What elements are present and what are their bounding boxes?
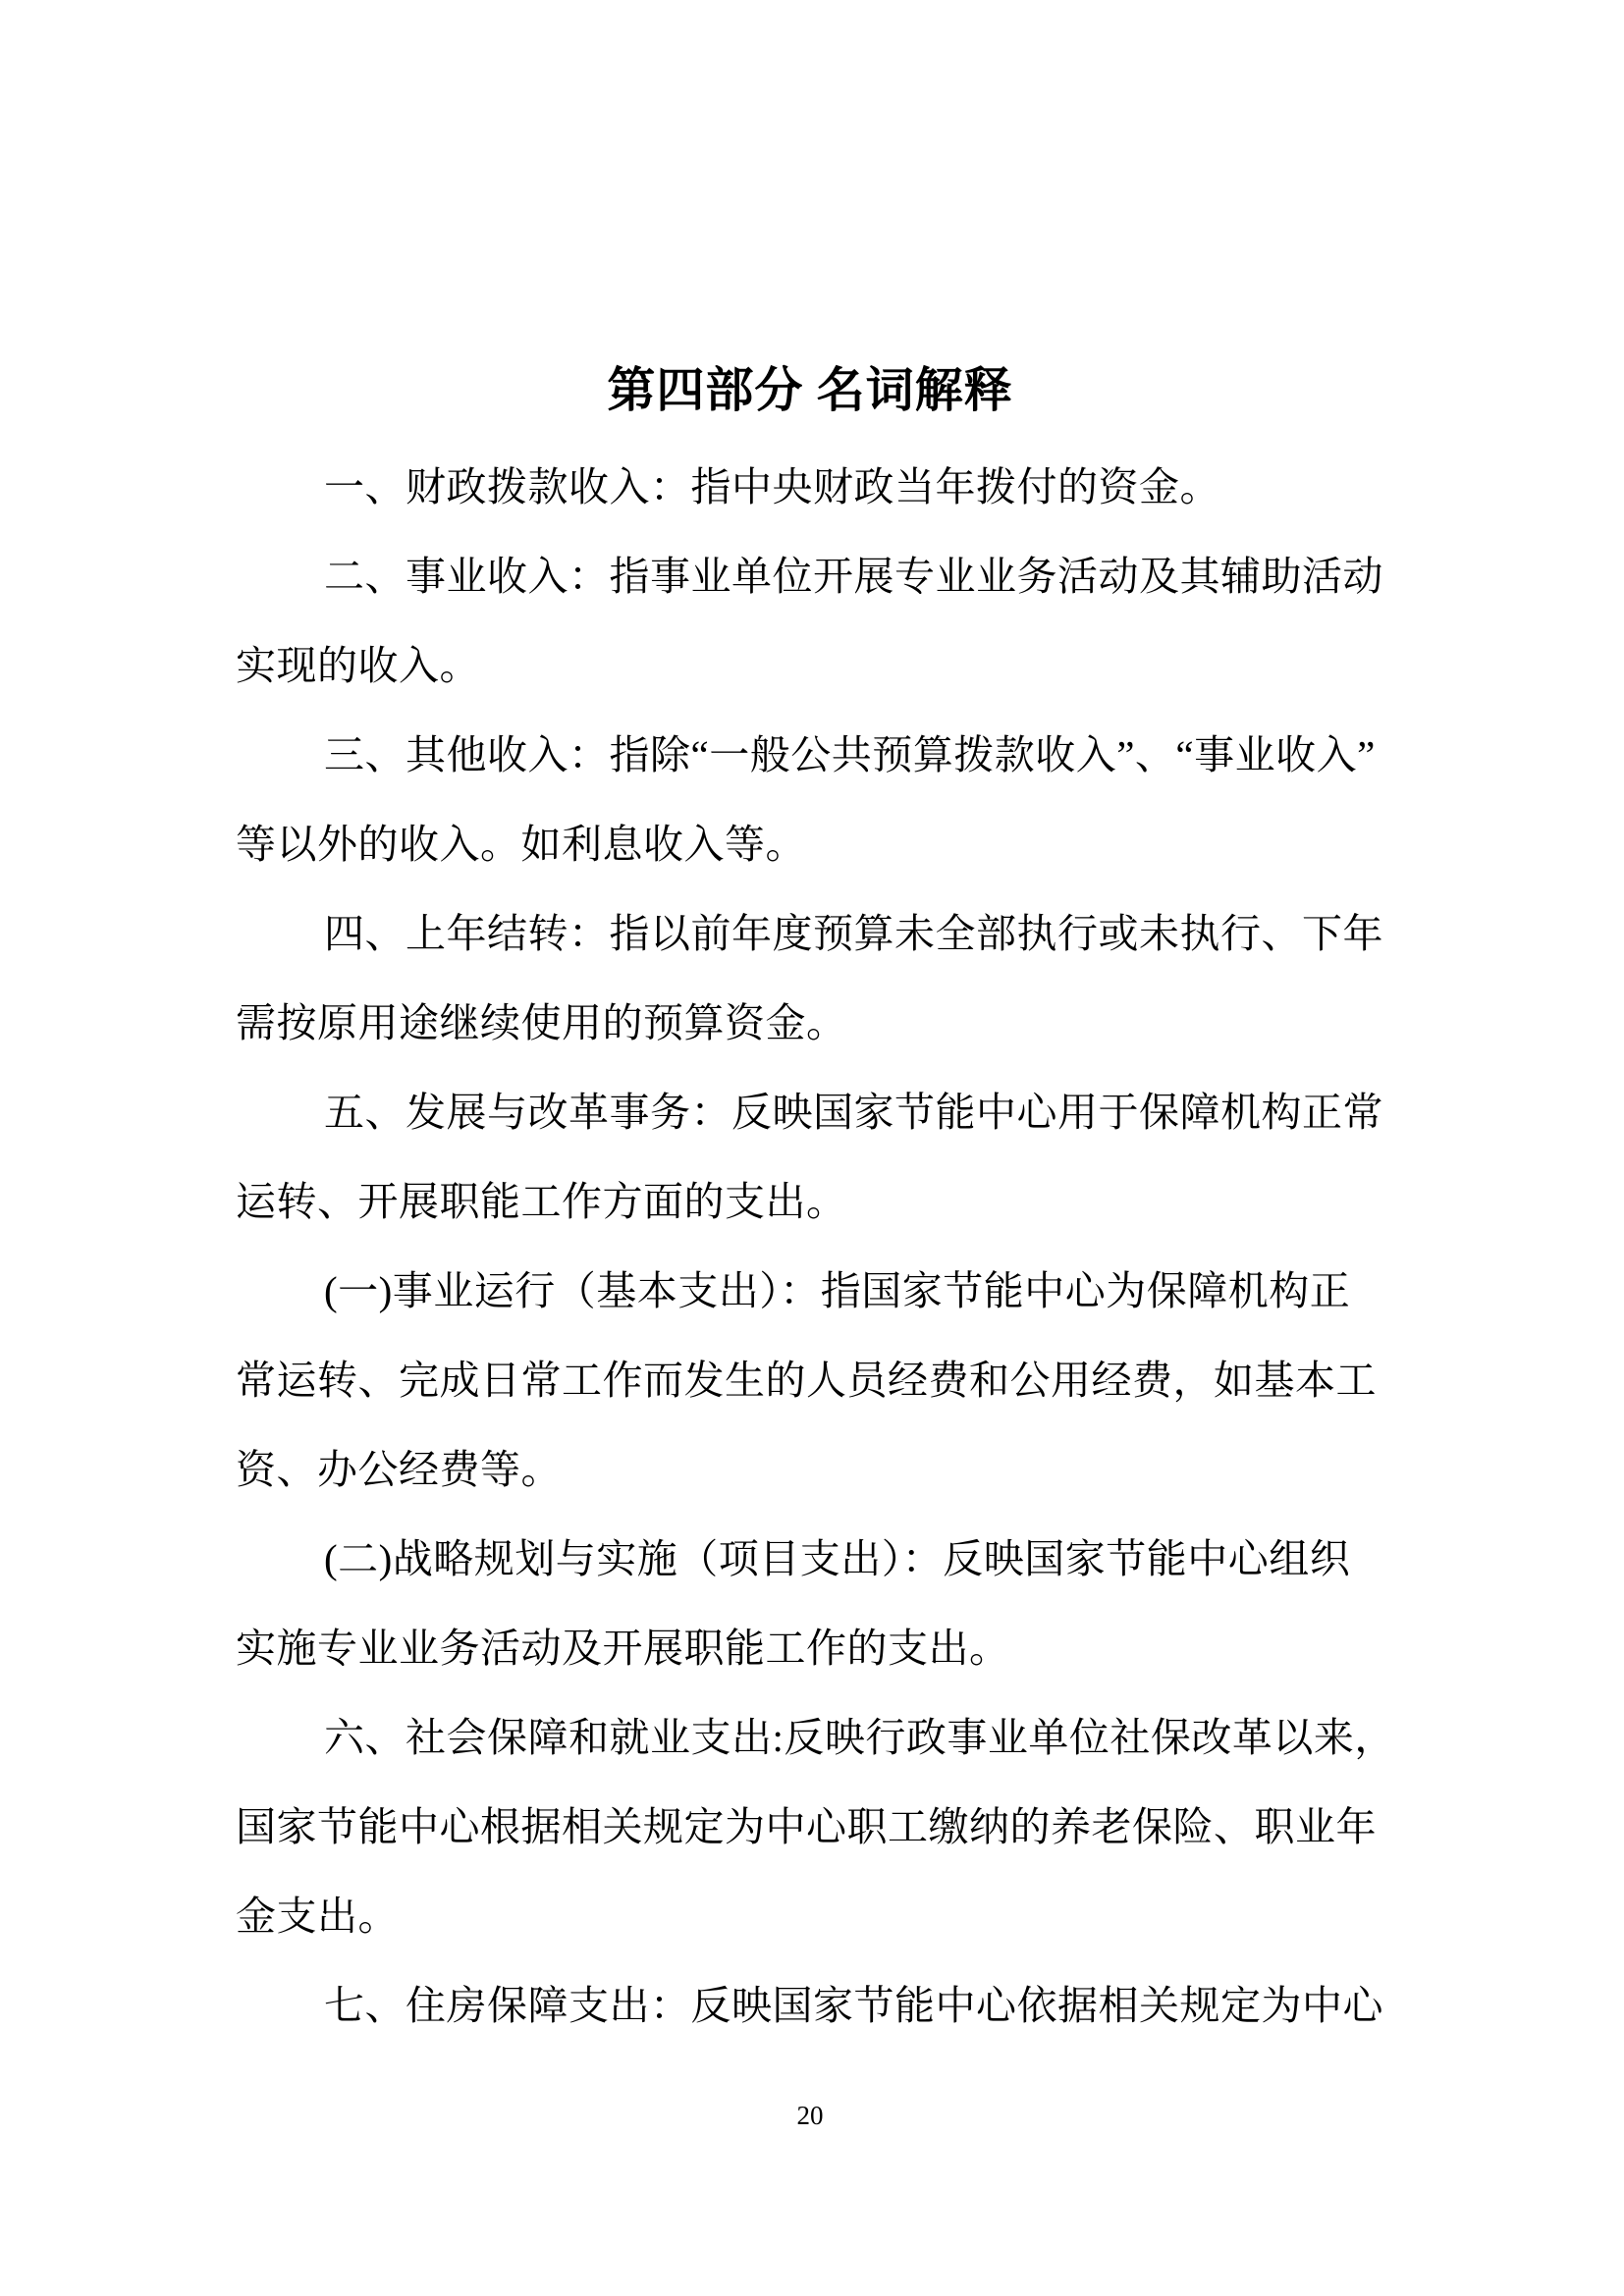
page-number: 20 <box>236 2094 1384 2137</box>
document-line: 一、财政拨款收入：指中央财政当年拨付的资金。 <box>236 443 1384 532</box>
document-line: 运转、开展职能工作方面的支出。 <box>236 1157 1384 1247</box>
document-line: (一)事业运行（基本支出）：指国家节能中心为保障机构正 <box>236 1247 1384 1336</box>
document-line: 实现的收入。 <box>236 621 1384 711</box>
page-title: 第四部分 名词解释 <box>236 356 1384 425</box>
document-line: 等以外的收入。如利息收入等。 <box>236 800 1384 889</box>
document-line: 三、其他收入：指除“一般公共预算拨款收入”、“事业收入” <box>236 711 1384 800</box>
document-line: 资、办公经费等。 <box>236 1425 1384 1515</box>
document-line: 实施专业业务活动及开展职能工作的支出。 <box>236 1604 1384 1693</box>
document-line: 七、住房保障支出：反映国家节能中心依据相关规定为中心 <box>236 1961 1384 2051</box>
document-line: 国家节能中心根据相关规定为中心职工缴纳的养老保险、职业年 <box>236 1783 1384 1872</box>
document-line: 金支出。 <box>236 1872 1384 1961</box>
document-page: 第四部分 名词解释 一、财政拨款收入：指中央财政当年拨付的资金。 二、事业收入：… <box>0 0 1624 2296</box>
document-body: 一、财政拨款收入：指中央财政当年拨付的资金。 二、事业收入：指事业单位开展专业业… <box>236 443 1384 2051</box>
document-line: 二、事业收入：指事业单位开展专业业务活动及其辅助活动 <box>236 532 1384 621</box>
document-line: (二)战略规划与实施（项目支出）：反映国家节能中心组织 <box>236 1515 1384 1604</box>
document-line: 常运转、完成日常工作而发生的人员经费和公用经费，如基本工 <box>236 1336 1384 1425</box>
document-line: 六、社会保障和就业支出:反映行政事业单位社保改革以来， <box>236 1693 1384 1783</box>
document-line: 四、上年结转：指以前年度预算未全部执行或未执行、下年 <box>236 889 1384 979</box>
document-line: 需按原用途继续使用的预算资金。 <box>236 979 1384 1068</box>
document-line: 五、发展与改革事务：反映国家节能中心用于保障机构正常 <box>236 1068 1384 1157</box>
